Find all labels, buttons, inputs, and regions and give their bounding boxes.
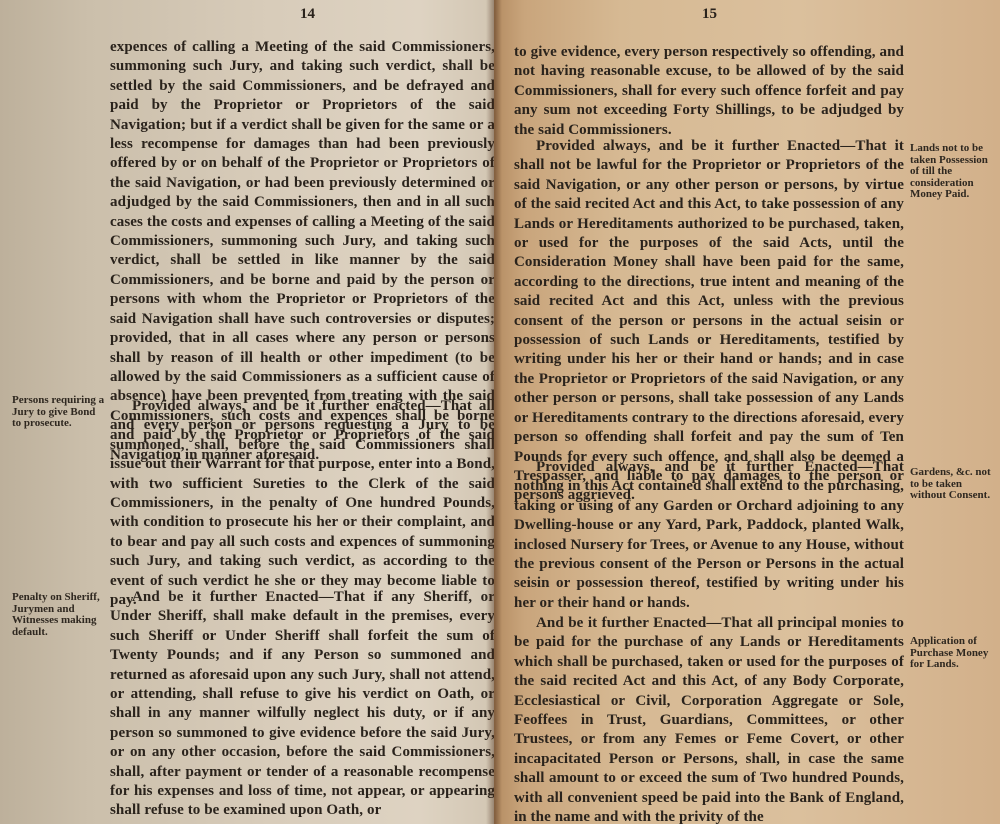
body-text: And be it further Enacted—That all princ… (514, 614, 904, 824)
left-page: 14 expences of calling a Meeting of the … (0, 0, 494, 824)
book-spread: 14 expences of calling a Meeting of the … (0, 0, 1000, 824)
margin-note: Penalty on Sheriff, Jurymen and Witnesse… (12, 592, 107, 638)
margin-note: Application of Purchase Money for Lands. (910, 636, 998, 671)
body-text: Provided always, and be it further enact… (110, 397, 494, 610)
paragraph: Provided always, and be it further Enact… (514, 137, 904, 506)
right-page: 15 to give evidence, every person respec… (494, 0, 1000, 824)
page-number: 15 (702, 6, 717, 23)
page-number: 14 (300, 6, 315, 23)
body-text: Provided always, and be it further Enact… (514, 137, 904, 506)
book-gutter (486, 0, 502, 824)
paragraph: to give evidence, every person respectiv… (514, 43, 904, 140)
paragraph: Provided always, and be it further enact… (110, 397, 494, 610)
paragraph: Provided always, and be it further Enact… (514, 458, 904, 613)
paragraph: And be it further Enacted—That if any Sh… (110, 588, 494, 821)
paragraph: And be it further Enacted—That all princ… (514, 614, 904, 824)
margin-note: Persons requiring a Jury to give Bond to… (12, 395, 107, 430)
margin-note: Gardens, &c. not to be taken without Con… (910, 467, 998, 502)
body-text: to give evidence, every person respectiv… (514, 43, 904, 140)
body-text: Provided always, and be it further Enact… (514, 458, 904, 613)
body-text: And be it further Enacted—That if any Sh… (110, 588, 494, 821)
margin-note: Lands not to be taken Possession of till… (910, 143, 998, 201)
